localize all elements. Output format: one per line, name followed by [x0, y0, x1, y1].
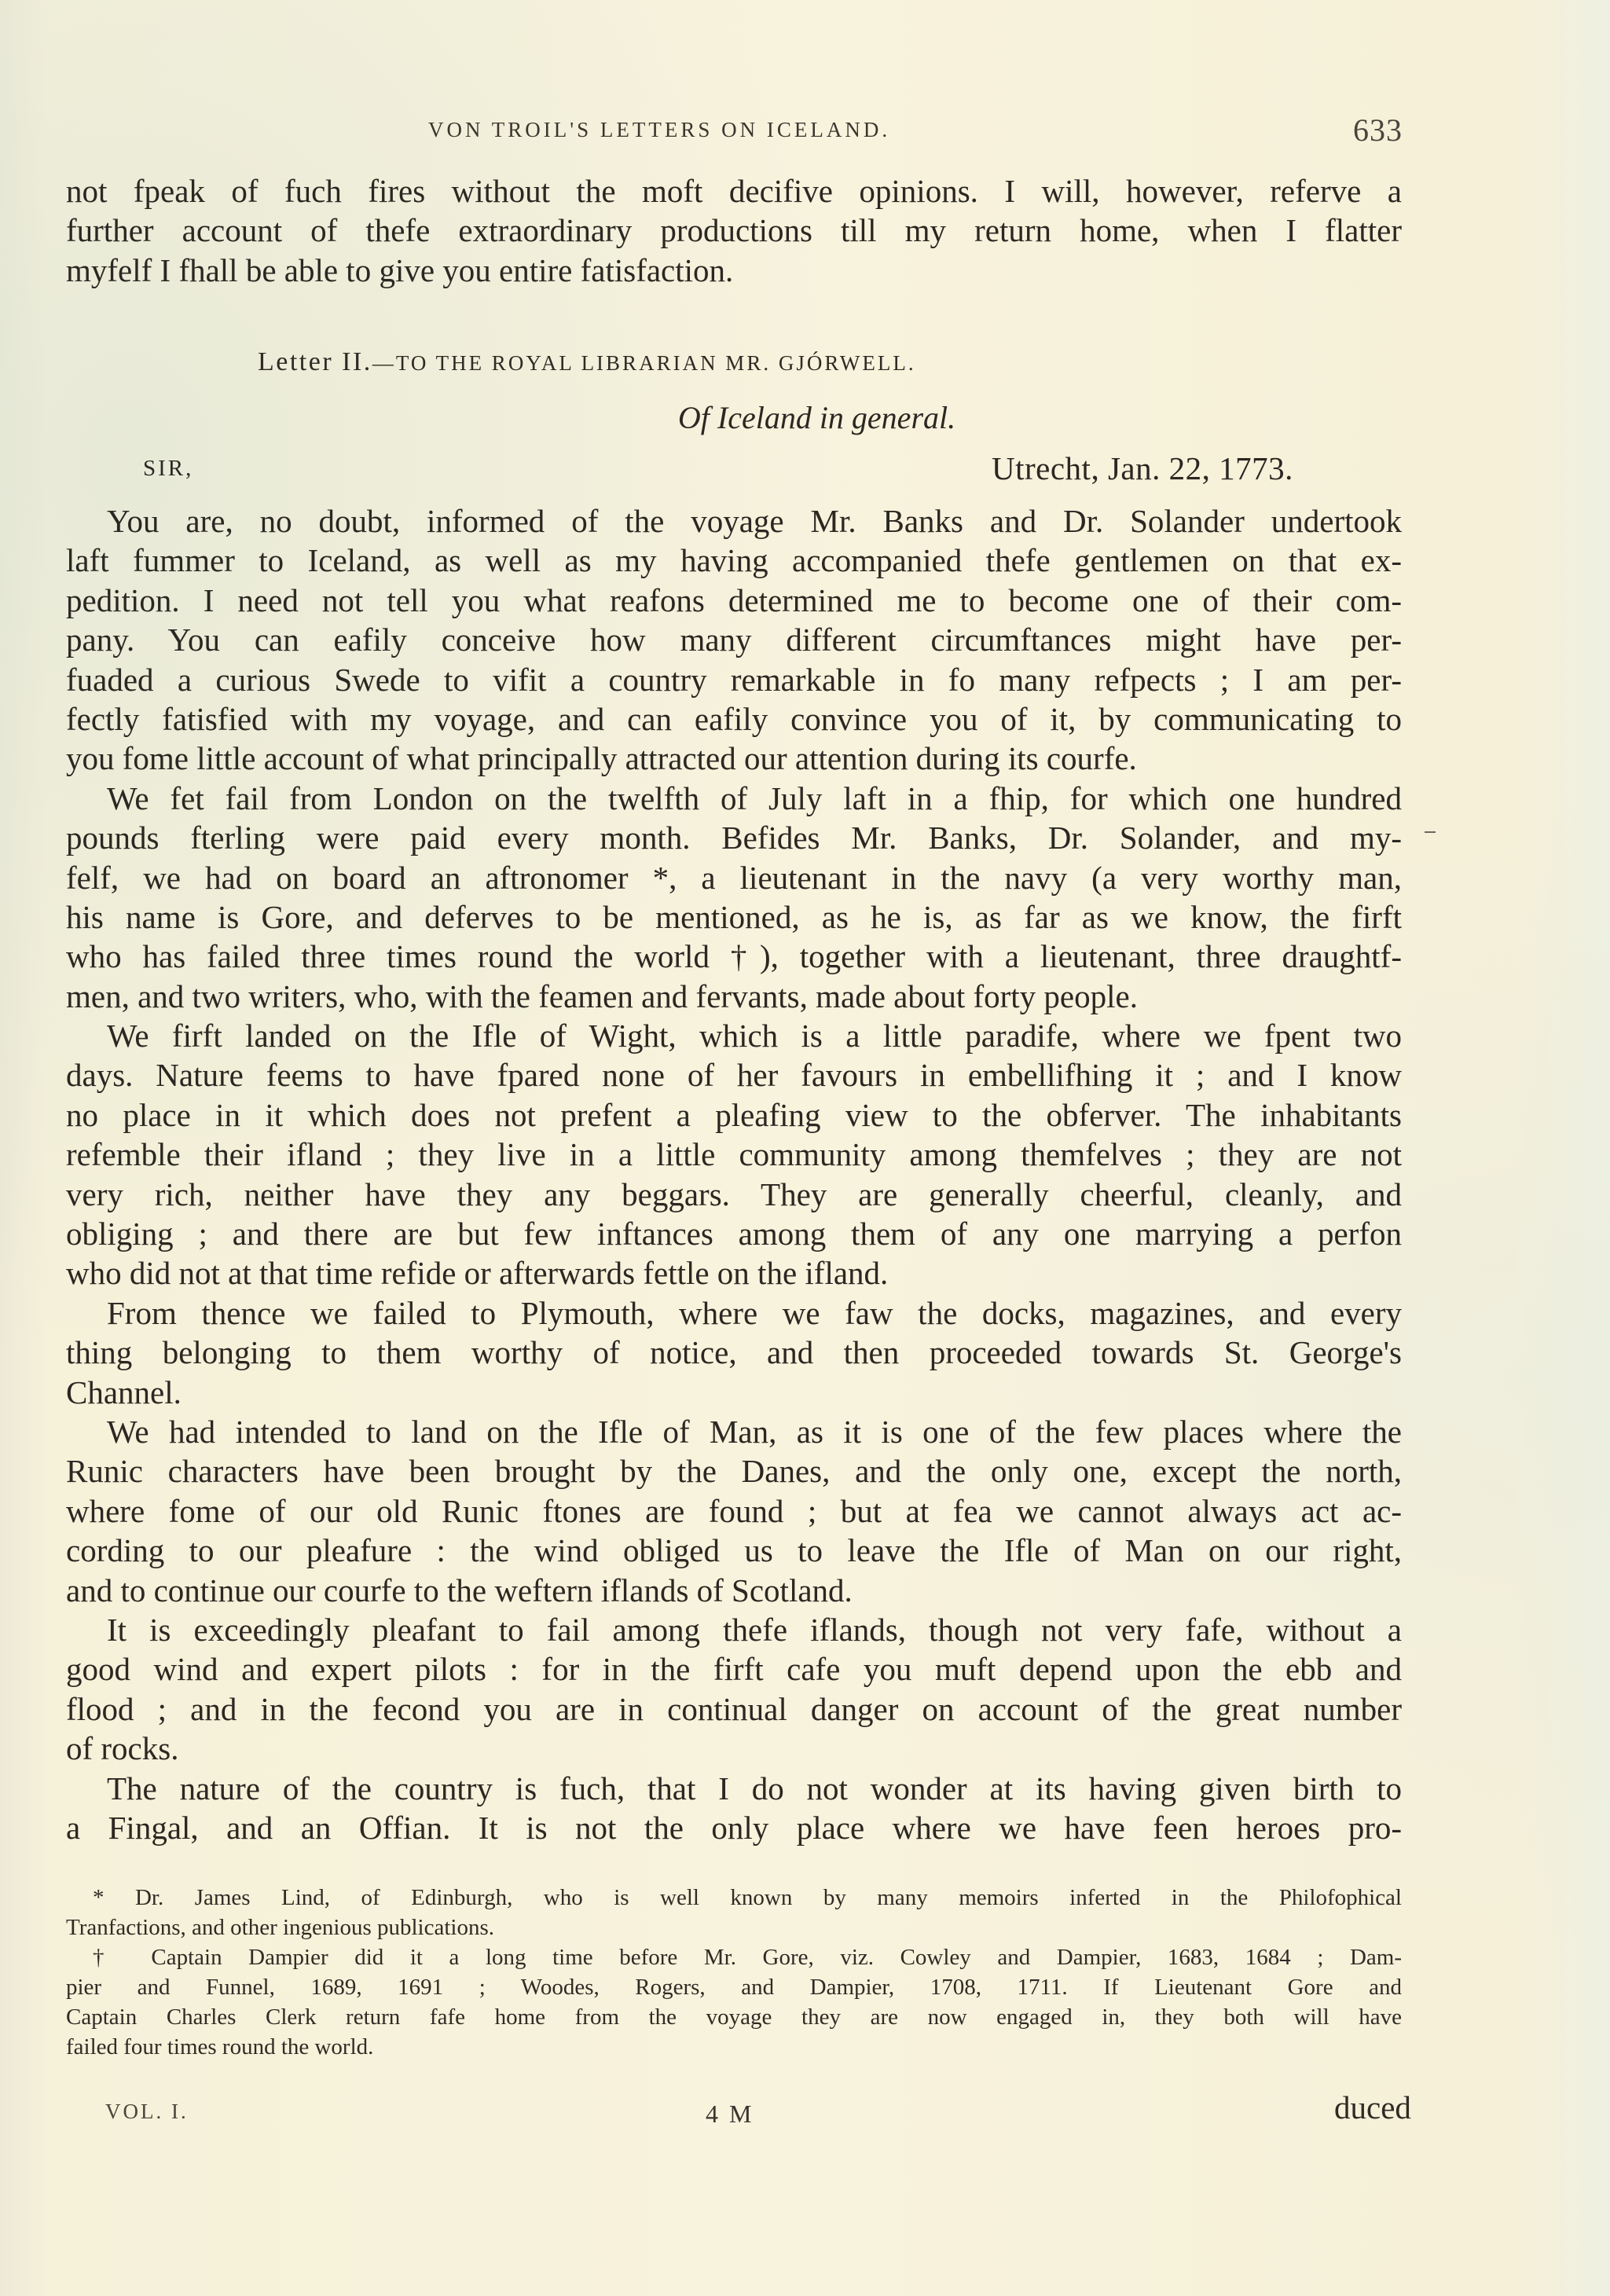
text-line: good wind and expert pilots : for in the… — [66, 1649, 1402, 1689]
text-line: The nature of the country is fuch, that … — [66, 1769, 1402, 1808]
text-line: myfelf I fhall be able to give you entir… — [66, 251, 1402, 290]
text-line: you fome little account of what principa… — [66, 739, 1402, 778]
text-line: Channel. — [66, 1373, 1402, 1412]
text-line: men, and two writers, who, with the feam… — [66, 977, 1402, 1016]
text-line: You are, no doubt, informed of the voyag… — [66, 501, 1402, 541]
text-line: a Fingal, and an Offian. It is not the o… — [66, 1808, 1402, 1847]
text-line: very rich, neither have they any beggars… — [66, 1175, 1402, 1214]
volume-mark: vol. i. — [105, 2100, 189, 2124]
page-number: 633 — [1353, 112, 1403, 149]
catchword: duced — [1334, 2089, 1411, 2126]
paragraph: From thence we failed to Plymouth, where… — [66, 1293, 1402, 1412]
text-line: pedition. I need not tell you what reafo… — [66, 581, 1402, 620]
text-line: From thence we failed to Plymouth, where… — [66, 1293, 1402, 1333]
page-footer: vol. i. 4 M duced — [0, 2093, 1610, 2133]
letter-recipient: —to the royal librarian mr. gjórwell. — [372, 351, 916, 375]
opening-paragraph: not fpeak of fuch fires without the moft… — [66, 171, 1402, 290]
text-line: cording to our pleafure : the wind oblig… — [66, 1531, 1402, 1570]
text-line: We fet fail from London on the twelfth o… — [66, 779, 1402, 818]
text-line: pounds fterling were paid every month. B… — [66, 818, 1402, 857]
letter-heading: Letter II.—to the royal librarian mr. gj… — [258, 347, 916, 377]
paragraph: The nature of the country is fuch, that … — [66, 1769, 1402, 1848]
text-line: We had intended to land on the Ifle of M… — [66, 1412, 1402, 1451]
text-line: refemble their ifland ; they live in a l… — [66, 1135, 1402, 1174]
footnote-world-voyages: † Captain Dampier did it a long time bef… — [66, 1942, 1402, 2062]
text-line: thing belonging to them worthy of notice… — [66, 1333, 1402, 1372]
text-line: flood ; and in the fecond you are in con… — [66, 1689, 1402, 1729]
letter-body: You are, no doubt, informed of the voyag… — [66, 501, 1402, 1847]
text-line: and to continue our courfe to the wefter… — [66, 1571, 1402, 1610]
footnote-line: Tranfactions, and other ingenious public… — [66, 1913, 1402, 1942]
text-line: where fome of our old Runic ftones are f… — [66, 1491, 1402, 1531]
text-line: not fpeak of fuch fires without the moft… — [66, 171, 1402, 211]
footnotes: * Dr. James Lind, of Edinburgh, who is w… — [66, 1883, 1402, 2062]
paragraph: We firft landed on the Ifle of Wight, wh… — [66, 1016, 1402, 1293]
signature-mark: 4 M — [706, 2100, 754, 2129]
footnote-line: pier and Funnel, 1689, 1691 ; Woodes, Ro… — [66, 1972, 1402, 2002]
dateline: Utrecht, Jan. 22, 1773. — [992, 449, 1293, 487]
paragraph: You are, no doubt, informed of the voyag… — [66, 501, 1402, 779]
footnote-line: * Dr. James Lind, of Edinburgh, who is w… — [66, 1883, 1402, 1913]
footnote-line: † Captain Dampier did it a long time bef… — [66, 1942, 1402, 1972]
text-line: who has failed three times round the wor… — [66, 937, 1402, 976]
text-line: We firft landed on the Ifle of Wight, wh… — [66, 1016, 1402, 1055]
margin-mark — [1425, 831, 1436, 833]
footnote-line: failed four times round the world. — [66, 2032, 1402, 2062]
paragraph: We fet fail from London on the twelfth o… — [66, 779, 1402, 1016]
paragraph: We had intended to land on the Ifle of M… — [66, 1412, 1402, 1610]
text-line: laft fummer to Iceland, as well as my ha… — [66, 541, 1402, 580]
text-line: fectly fatisfied with my voyage, and can… — [66, 699, 1402, 739]
running-title: von Troil's Letters on Iceland. — [428, 118, 890, 142]
text-line: no place in it which does not prefent a … — [66, 1095, 1402, 1135]
text-line: further account of thefe extraordinary p… — [66, 211, 1402, 250]
text-line: pany. You can eafily conceive how many d… — [66, 620, 1402, 659]
letter-subtitle: Of Iceland in general. — [0, 399, 1610, 436]
letter-number: Letter II. — [258, 347, 372, 376]
text-line: obliging ; and there are but few inftanc… — [66, 1214, 1402, 1253]
running-head: von Troil's Letters on Iceland. 633 — [0, 116, 1610, 148]
salutation: sir, — [143, 456, 193, 482]
text-line: fuaded a curious Swede to vifit a countr… — [66, 660, 1402, 699]
text-line: who did not at that time refide or after… — [66, 1253, 1402, 1293]
footnote-astronomer: * Dr. James Lind, of Edinburgh, who is w… — [66, 1883, 1402, 1942]
text-line: of rocks. — [66, 1729, 1402, 1768]
text-line: Runic characters have been brought by th… — [66, 1451, 1402, 1491]
text-line: felf, we had on board an aftronomer *, a… — [66, 858, 1402, 897]
text-line: It is exceedingly pleafant to fail among… — [66, 1610, 1402, 1649]
text-line: days. Nature feems to have fpared none o… — [66, 1055, 1402, 1095]
footnote-line: Captain Charles Clerk return fafe home f… — [66, 2002, 1402, 2032]
text-line: his name is Gore, and deferves to be men… — [66, 897, 1402, 937]
paragraph: It is exceedingly pleafant to fail among… — [66, 1610, 1402, 1769]
